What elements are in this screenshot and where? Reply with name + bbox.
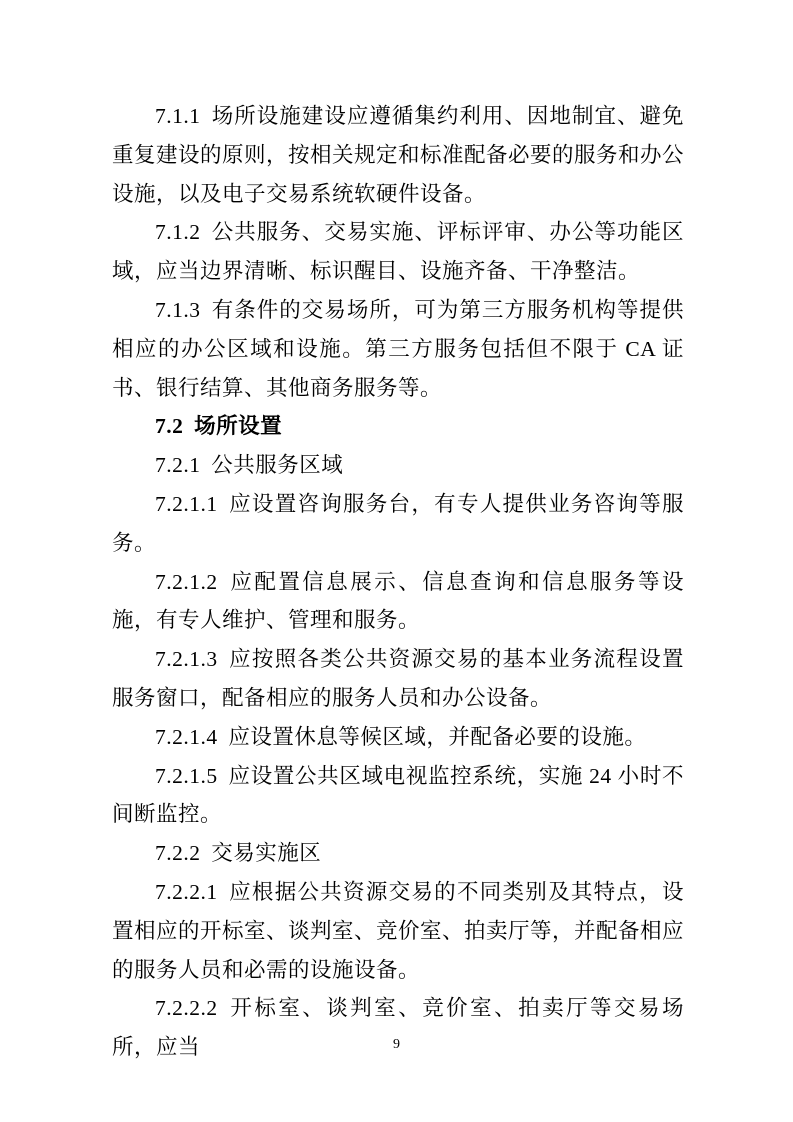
clause-text: 公共服务区域 bbox=[211, 453, 343, 477]
clause-7-2-1: 7.2.1公共服务区域 bbox=[112, 446, 684, 485]
clause-number: 7.1.3 bbox=[155, 298, 201, 322]
page-content: 7.1.1场所设施建设应遵循集约利用、因地制宜、避免重复建设的原则，按相关规定和… bbox=[112, 97, 684, 1067]
clause-7-1-3: 7.1.3有条件的交易场所，可为第三方服务机构等提供相应的办公区域和设施。第三方… bbox=[112, 291, 684, 407]
clause-7-2-2-2: 7.2.2.2开标室、谈判室、竞价室、拍卖厅等交易场所，应当 bbox=[112, 989, 684, 1067]
clause-number: 7.2.1.5 bbox=[155, 764, 218, 788]
page-number: 9 bbox=[0, 1036, 793, 1054]
clause-7-2-1-4: 7.2.1.4应设置休息等候区域，并配备必要的设施。 bbox=[112, 718, 684, 757]
clause-number: 7.2.1.1 bbox=[155, 492, 218, 516]
clause-7-2-1-3: 7.2.1.3应按照各类公共资源交易的基本业务流程设置服务窗口，配备相应的服务人… bbox=[112, 640, 684, 718]
clause-number: 7.2.2.2 bbox=[155, 996, 218, 1020]
clause-number: 7.2 bbox=[155, 414, 183, 438]
clause-number: 7.2.1.2 bbox=[155, 570, 218, 594]
clause-number: 7.2.1.3 bbox=[155, 647, 218, 671]
clause-7-2-1-5: 7.2.1.5应设置公共区域电视监控系统，实施 24 小时不间断监控。 bbox=[112, 757, 684, 835]
clause-text: 场所设置 bbox=[194, 414, 282, 438]
clause-7-2-2: 7.2.2交易实施区 bbox=[112, 834, 684, 873]
clause-7-2-2-1: 7.2.2.1应根据公共资源交易的不同类别及其特点，设置相应的开标室、谈判室、竞… bbox=[112, 873, 684, 989]
clause-text: 交易实施区 bbox=[211, 841, 321, 865]
clause-7-1-2: 7.1.2公共服务、交易实施、评标评审、办公等功能区域，应当边界清晰、标识醒目、… bbox=[112, 213, 684, 291]
clause-7-2-1-2: 7.2.1.2应配置信息展示、信息查询和信息服务等设施，有专人维护、管理和服务。 bbox=[112, 563, 684, 641]
clause-number: 7.1.1 bbox=[155, 104, 201, 128]
clause-number: 7.2.1 bbox=[155, 453, 201, 477]
clause-number: 7.2.2.1 bbox=[155, 880, 218, 904]
clause-number: 7.1.2 bbox=[155, 220, 201, 244]
clause-7-2-1-1: 7.2.1.1应设置咨询服务台，有专人提供业务咨询等服务。 bbox=[112, 485, 684, 563]
clause-number: 7.2.1.4 bbox=[155, 725, 218, 749]
section-heading-7-2: 7.2场所设置 bbox=[112, 407, 684, 446]
document-page: 7.1.1场所设施建设应遵循集约利用、因地制宜、避免重复建设的原则，按相关规定和… bbox=[0, 0, 793, 1122]
clause-number: 7.2.2 bbox=[155, 841, 201, 865]
clause-7-1-1: 7.1.1场所设施建设应遵循集约利用、因地制宜、避免重复建设的原则，按相关规定和… bbox=[112, 97, 684, 213]
clause-text: 应设置休息等候区域，并配备必要的设施。 bbox=[228, 725, 646, 749]
